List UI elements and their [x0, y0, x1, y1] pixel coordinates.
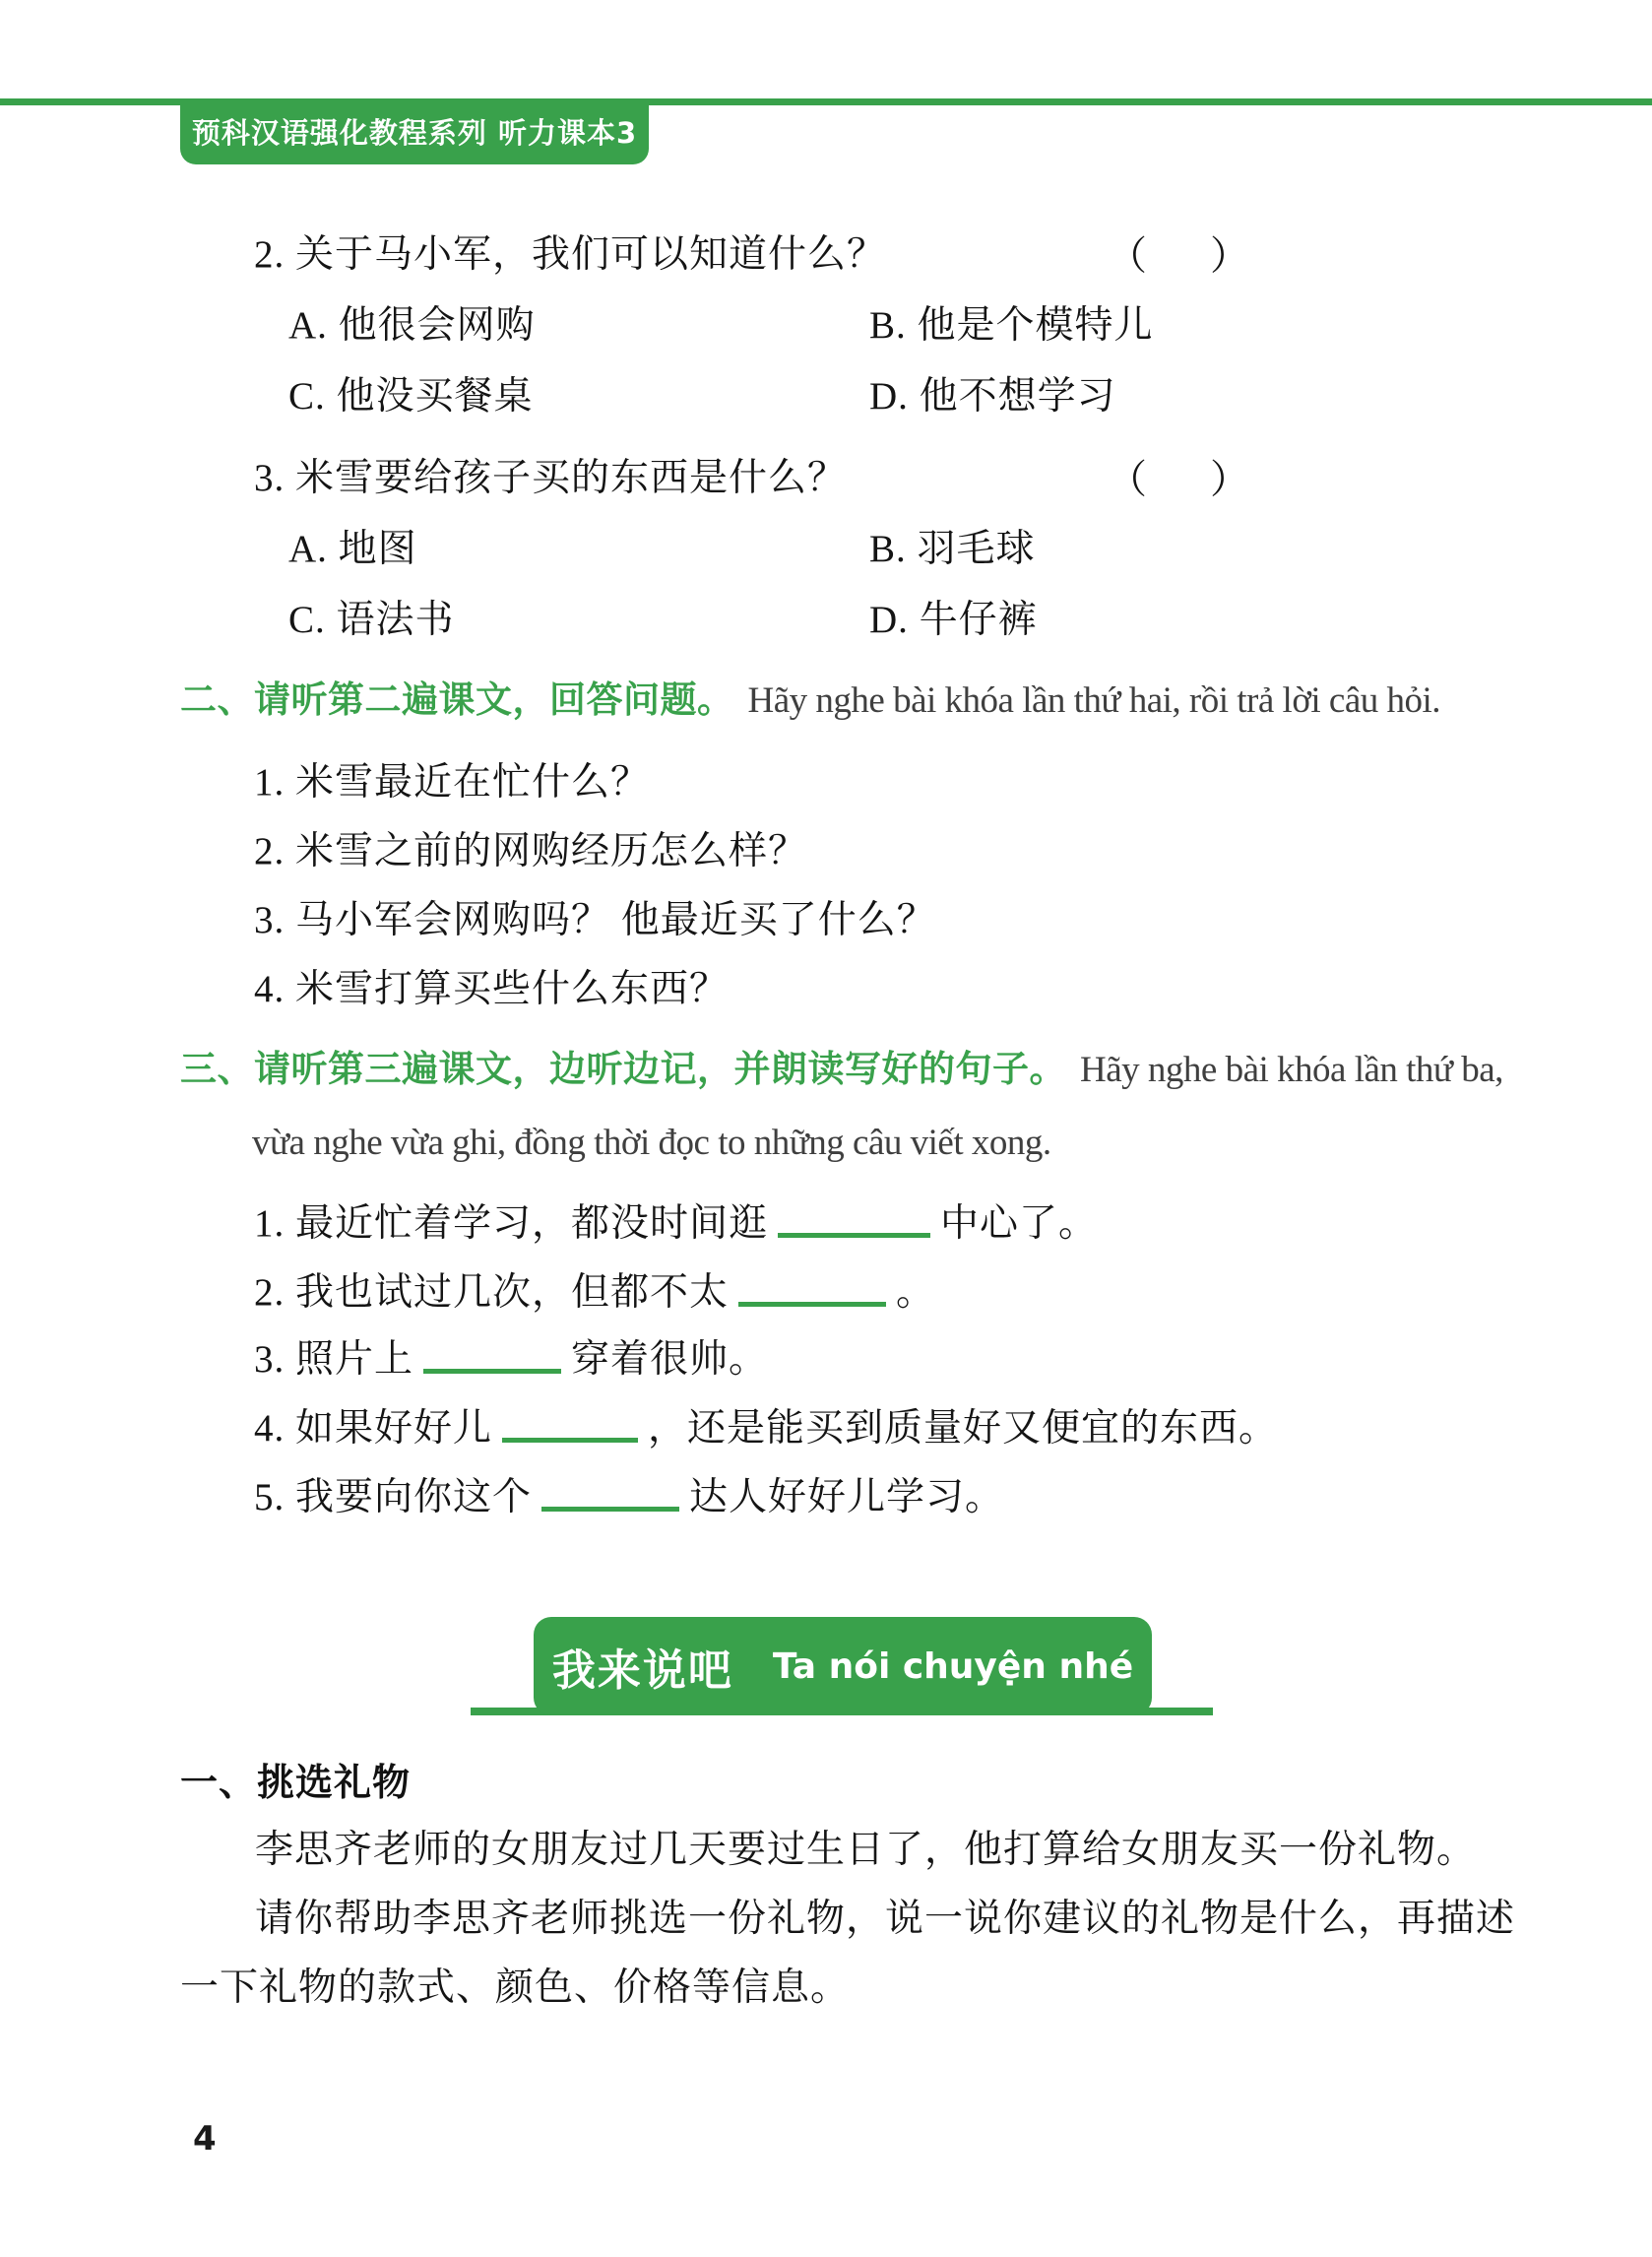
option-c: C. 语法书	[288, 599, 455, 641]
answer-blank	[541, 1495, 679, 1512]
fill-after: 达人好好儿学习。	[689, 1476, 1004, 1518]
question-text: 1. 米雪最近在忙什么？	[254, 761, 650, 804]
fill-before: 3. 照片上	[254, 1338, 413, 1381]
fill-before: 2. 我也试过几次，但都不太	[254, 1271, 729, 1314]
section-3-title-vi-line1: Hãy nghe bài khóa lần thứ ba,	[1080, 1050, 1503, 1090]
question-3-text: 3. 米雪要给孩子买的东西是什么？	[254, 457, 847, 499]
option-b: B. 羽毛球	[869, 527, 1036, 572]
section-3-heading: 三、请听第三遍课文，边听边记，并朗读写好的句子。Hãy nghe bài khó…	[180, 1047, 1503, 1092]
answer-blank	[778, 1221, 930, 1238]
section-2-heading: 二、请听第二遍课文，回答问题。Hãy nghe bài khóa lần thứ…	[180, 677, 1440, 723]
speaking-task-paragraph-line-2: 请你帮助李思齐老师挑选一份礼物，说一说你建议的礼物是什么，再描述	[255, 1897, 1515, 1942]
paragraph-text: 请你帮助李思齐老师挑选一份礼物，说一说你建议的礼物是什么，再描述	[255, 1898, 1515, 1940]
question-text: 2. 米雪之前的网购经历怎么样？	[254, 830, 807, 872]
fill-item-5: 5. 我要向你这个达人好好儿学习。	[254, 1475, 1004, 1520]
section-3-heading-vi-line2: vừa nghe vừa ghi, đồng thời đọc to những…	[252, 1120, 1051, 1165]
page-number: 4	[193, 2119, 217, 2159]
section-2-title-zh: 二、请听第二遍课文，回答问题。	[180, 678, 734, 721]
banner-title-zh: 我来说吧	[552, 1635, 733, 1698]
fill-before: 4. 如果好好儿	[254, 1407, 492, 1450]
section-2-question-1: 1. 米雪最近在忙什么？	[254, 760, 650, 806]
paragraph-text: 李思齐老师的女朋友过几天要过生日了，他打算给女朋友买一份礼物。	[255, 1829, 1476, 1871]
question-2-text: 2. 关于马小军，我们可以知道什么？	[254, 233, 886, 276]
question-3-line: 3. 米雪要给孩子买的东西是什么？ （ ）	[254, 456, 1435, 501]
speaking-task-paragraph-line-3: 一下礼物的款式、颜色、价格等信息。	[180, 1966, 850, 2011]
fill-after: 穿着很帅。	[571, 1338, 768, 1381]
question-text: 4. 米雪打算买些什么东西？	[254, 968, 729, 1010]
question-3-answer-bracket: （ ）	[1108, 456, 1261, 502]
section-3-title-zh: 三、请听第三遍课文，边听边记，并朗读写好的句子。	[180, 1048, 1066, 1090]
option-b: B. 他是个模特儿	[869, 303, 1154, 349]
series-label-text: 预科汉语强化教程系列 听力课本3	[192, 111, 637, 152]
question-3-options-row-2: C. 语法书 D. 牛仔裤	[288, 598, 1470, 643]
question-text: 3. 马小军会网购吗？ 他最近买了什么？	[254, 899, 936, 941]
section-3-title-vi-line2: vừa nghe vừa ghi, đồng thời đọc to những…	[252, 1123, 1051, 1163]
banner-title-vi: Ta nói chuyện nhé	[773, 1646, 1133, 1687]
fill-item-4: 4. 如果好好儿，还是能买到质量好又便宜的东西。	[254, 1406, 1278, 1451]
fill-after: 。	[896, 1271, 935, 1314]
question-2-options-row-2: C. 他没买餐桌 D. 他不想学习	[288, 374, 1470, 419]
question-2-answer-bracket: （ ）	[1108, 232, 1261, 279]
answer-blank	[502, 1426, 638, 1443]
option-c: C. 他没买餐桌	[288, 375, 534, 418]
option-d: D. 他不想学习	[869, 374, 1116, 419]
task-title: 一、挑选礼物	[180, 1761, 411, 1804]
option-a: A. 地图	[288, 528, 417, 570]
speaking-task-1-heading: 一、挑选礼物	[180, 1761, 411, 1806]
fill-item-2: 2. 我也试过几次，但都不太。	[254, 1270, 935, 1316]
question-2-options-row-1: A. 他很会网购 B. 他是个模特儿	[288, 303, 1470, 349]
section-2-question-2: 2. 米雪之前的网购经历怎么样？	[254, 829, 807, 874]
answer-blank	[738, 1290, 886, 1307]
question-3-options-row-1: A. 地图 B. 羽毛球	[288, 527, 1470, 572]
speaking-task-paragraph-line-1: 李思齐老师的女朋友过几天要过生日了，他打算给女朋友买一份礼物。	[255, 1828, 1476, 1873]
paragraph-text: 一下礼物的款式、颜色、价格等信息。	[180, 1967, 850, 2009]
answer-blank	[423, 1357, 561, 1374]
section-2-question-3: 3. 马小军会网购吗？ 他最近买了什么？	[254, 898, 936, 943]
section-2-question-4: 4. 米雪打算买些什么东西？	[254, 967, 729, 1012]
fill-item-3: 3. 照片上穿着很帅。	[254, 1337, 768, 1383]
option-a: A. 他很会网购	[288, 304, 536, 347]
fill-after: 中心了。	[940, 1202, 1098, 1245]
fill-before: 1. 最近忙着学习，都没时间逛	[254, 1202, 768, 1245]
question-2-line: 2. 关于马小军，我们可以知道什么？ （ ）	[254, 232, 1435, 278]
speaking-section-banner: 我来说吧 Ta nói chuyện nhé	[534, 1617, 1152, 1715]
option-d: D. 牛仔裤	[869, 598, 1038, 643]
section-2-title-vi: Hãy nghe bài khóa lần thứ hai, rồi trả l…	[748, 680, 1441, 721]
fill-before: 5. 我要向你这个	[254, 1476, 532, 1518]
fill-after: ，还是能买到质量好又便宜的东西。	[648, 1407, 1278, 1450]
series-label-badge: 预科汉语强化教程系列 听力课本3	[180, 98, 649, 164]
fill-item-1: 1. 最近忙着学习，都没时间逛中心了。	[254, 1201, 1098, 1247]
